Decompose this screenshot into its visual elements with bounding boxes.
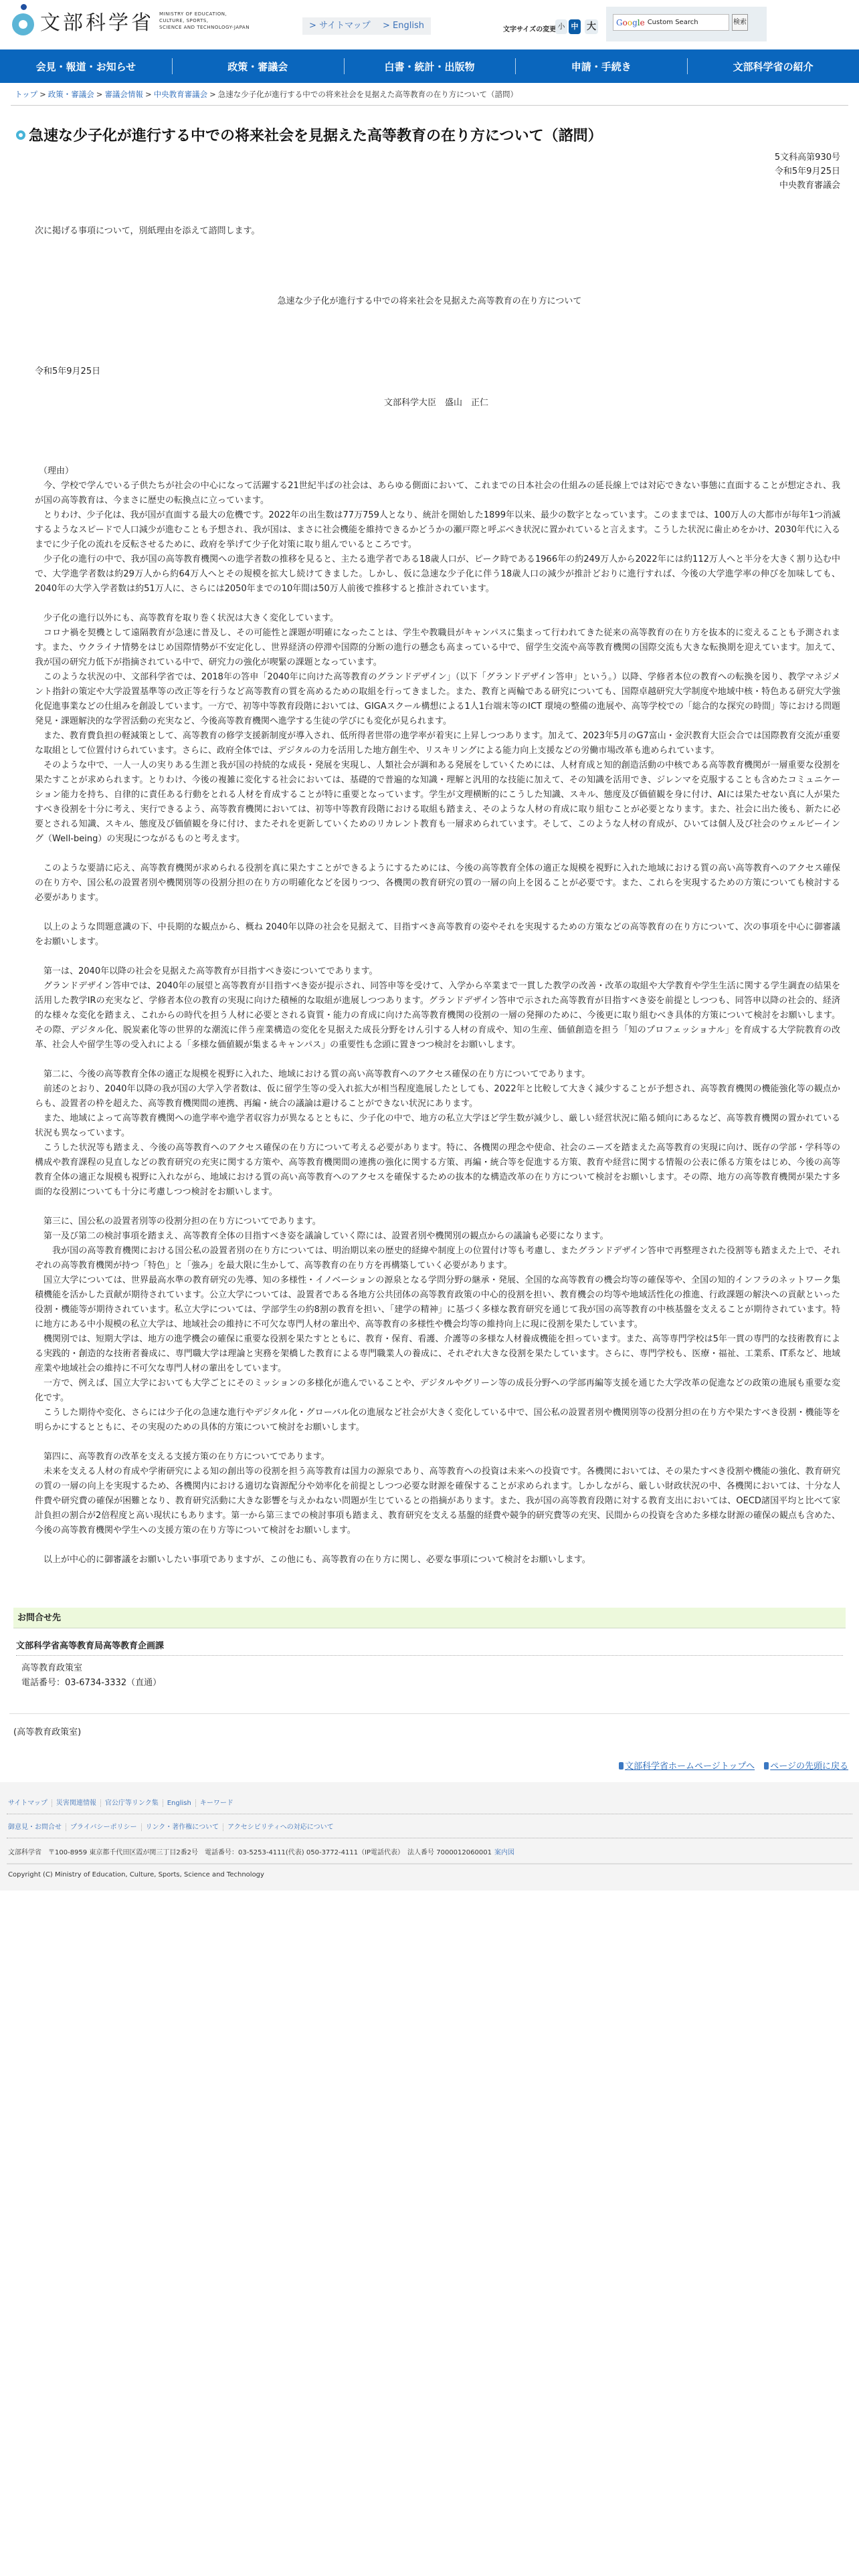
home-link[interactable]: 文部科学省ホームページトップへ — [619, 1761, 755, 1772]
footer-address: 文部科学省 〒100-8959 東京都千代田区霞が関三丁目2番2号 電話番号：0… — [7, 1845, 852, 1864]
reason-label: （理由） — [35, 464, 840, 479]
paragraph-gap — [35, 1053, 840, 1067]
body-paragraph: とりわけ、少子化は、我が国が直面する最大の危機です。2022年の出生数は77万7… — [35, 508, 840, 552]
page-title: 急速な少子化が進行する中での将来社会を見据えた高等教育の在り方について（諮問） — [16, 124, 859, 145]
department-note: (高等教育政策室) — [13, 1725, 859, 1737]
body-paragraph: 未来を支える人材の育成や学術研究による知の創出等の役割を担う高等教育は国力の源泉… — [35, 1465, 840, 1538]
body-paragraph: 一方で、例えば、国立大学においても大学ごとにそのミッションの多様化が進んでいるこ… — [35, 1376, 840, 1406]
paragraph-gap — [35, 1200, 840, 1214]
body-paragraph: 前述のとおり、2040年以降の我が国の大学入学者数は、仮に留学生等の受入れ拡大が… — [35, 1082, 840, 1111]
body-paragraph: 第一は、2040年以降の社会を見据えた高等教育が目指すべき姿についてであります。 — [35, 964, 840, 979]
paragraph-gap — [35, 950, 840, 964]
body-paragraph: 機関別では、短期大学は、地方の進学機会の確保に重要な役割を果たすとともに、教育・… — [35, 1332, 840, 1376]
site-footer: サイトマップ災害関連情報官公庁等リンク集Englishキーワード 御意見・お問合… — [0, 1782, 859, 1891]
footer-link-contact[interactable]: 御意見・お問合せ — [8, 1824, 66, 1831]
mext-emblem-icon — [12, 4, 35, 37]
font-size-medium-button[interactable]: 中 — [569, 19, 581, 34]
sitemap-link[interactable]: > サイトマップ — [302, 17, 377, 35]
footer-links-primary: サイトマップ災害関連情報官公庁等リンク集Englishキーワード — [7, 1797, 852, 1814]
paragraph-gap — [35, 1435, 840, 1450]
font-size-large-button[interactable]: 大 — [585, 19, 598, 34]
circle-bullet-icon — [16, 130, 25, 140]
signer: 文部科学大臣 盛山 正仁 — [0, 395, 859, 408]
body-paragraph: また、教育費負担の軽減策として、高等教育の修学支援新制度が導入され、低所得者世帯… — [35, 729, 840, 758]
body-paragraph: コロナ禍を契機として遠隔教育が急速に普及し、その可能性と課題が明確になったことは… — [35, 626, 840, 670]
font-size-label: 文字サイズの変更 — [503, 23, 556, 33]
inquiry-date: 令和5年9月25日 — [35, 364, 859, 377]
arrow-left-icon — [619, 1762, 624, 1769]
document-number: 5文科高第930号 — [0, 150, 840, 165]
body-paragraph: そのような中で、一人一人の実りある生涯と我が国の持続的な成長・発展を実現し、人類… — [35, 758, 840, 847]
breadcrumb-current: 急速な少子化が進行する中での将来社会を見据えた高等教育の在り方について（諮問） — [218, 90, 518, 99]
site-logo[interactable]: 文部科学省 MINISTRY OF EDUCATION, CULTURE, SP… — [12, 4, 250, 37]
back-to-top-link[interactable]: ページの先頭に戻る — [764, 1761, 848, 1772]
divider — [9, 1713, 850, 1714]
footer-link-gov-links[interactable]: 官公庁等リンク集 — [100, 1800, 163, 1807]
arrow-up-icon — [764, 1762, 769, 1769]
breadcrumb-top[interactable]: トップ — [15, 90, 37, 99]
nav-item-publications[interactable]: 白書・統計・出版物 — [344, 60, 516, 74]
body-paragraph: このような要請に応え、高等教育機関が求められる役割を真に果たすことができるように… — [35, 861, 840, 905]
contact-section: お問合せ先 文部科学省高等教育局高等教育企画課 高等教育政策室 電話番号：03-… — [13, 1608, 846, 1691]
footer-links-secondary: 御意見・お問合せプライバシーポリシーリンク・著作権についてアクセシビリティへの対… — [7, 1821, 852, 1838]
paragraph-gap — [35, 1538, 840, 1553]
intro-text: 次に掲げる事項について，別紙理由を添えて諮問します。 — [35, 223, 859, 236]
copyright: Copyright (C) Ministry of Education, Cul… — [8, 1871, 851, 1879]
nav-item-policy[interactable]: 政策・審議会 — [172, 60, 344, 74]
body-paragraph: こうした状況等も踏まえ、今後の高等教育へのアクセス確保の在り方について考える必要… — [35, 1141, 840, 1200]
footer-link-accessibility[interactable]: アクセシビリティへの対応について — [223, 1824, 338, 1831]
body-paragraph: グランドデザイン答申では、2040年の展望と高等教育が目指すべき姿が提示され、同… — [35, 979, 840, 1053]
page-links: 文部科学省ホームページトップへ ページの先頭に戻る — [0, 1759, 848, 1772]
body-paragraph: こうした期待や変化、さらには少子化の急速な進行やデジタル化・グローバル化の進展な… — [35, 1406, 840, 1435]
page-title-text: 急速な少子化が進行する中での将来社会を見据えた高等教育の在り方について（諮問） — [29, 124, 603, 145]
body-paragraph: また、地域によって高等教育機関への進学率や進学者収容力が異なるとともに、少子化の… — [35, 1111, 840, 1141]
search-input[interactable]: Google Custom Search — [613, 14, 729, 31]
paragraph-gap — [35, 847, 840, 861]
contact-phone: 電話番号：03-6734-3332（直通） — [21, 1676, 846, 1691]
document-date: 令和5年9月25日 — [0, 165, 840, 179]
breadcrumb-policy[interactable]: 政策・審議会 — [48, 90, 94, 99]
body-paragraph: 少子化の進行以外にも、高等教育を取り巻く状況は大きく変化しています。 — [35, 611, 840, 626]
contact-office: 高等教育政策室 — [21, 1661, 846, 1676]
footer-link-keyword[interactable]: キーワード — [195, 1800, 237, 1807]
site-header: 文部科学省 MINISTRY OF EDUCATION, CULTURE, SP… — [0, 0, 859, 49]
body-paragraph: 我が国の高等教育機関における国公私の設置者別の在り方については、明治期以来の歴史… — [35, 1244, 840, 1273]
footer-link-privacy[interactable]: プライバシーポリシー — [66, 1824, 141, 1831]
breadcrumb: トップ>政策・審議会>審議会情報>中央教育審議会>急速な少子化が進行する中での将… — [11, 83, 848, 106]
breadcrumb-councils[interactable]: 審議会情報 — [104, 90, 143, 99]
nav-item-applications[interactable]: 申請・手続き — [515, 60, 687, 74]
search-button[interactable]: 検索 — [732, 14, 748, 31]
body-paragraph: 以上のような問題意識の下、中長期的な観点から、概ね 2040年以降の社会を見据え… — [35, 920, 840, 950]
inquiry-subject: 急速な少子化が進行する中での将来社会を見据えた高等教育の在り方について — [0, 294, 859, 306]
document-recipient: 中央教育審議会 — [0, 179, 840, 193]
body-paragraph: 第一及び第二の検討事項を踏まえ、高等教育全体の目指すべき姿を議論していく際には、… — [35, 1229, 840, 1244]
body-paragraph: 少子化の進行の中で、我が国の高等教育機関への進学者数の推移を見ると、主たる進学者… — [35, 552, 840, 597]
contact-organization: 文部科学省高等教育局高等教育企画課 — [16, 1638, 843, 1656]
font-size-small-button[interactable]: 小 — [555, 19, 567, 34]
reason-body: （理由） 今、学校で学んでいる子供たちが社会の中心になって活躍する21世紀半ばの… — [35, 464, 840, 1568]
body-paragraph: 今、学校で学んでいる子供たちが社会の中心になって活躍する21世紀半ばの社会は、あ… — [35, 479, 840, 508]
search-placeholder: Custom Search — [648, 19, 698, 26]
english-link[interactable]: > English — [376, 17, 431, 35]
logo-english-text: MINISTRY OF EDUCATION, CULTURE, SPORTS, … — [159, 11, 250, 31]
footer-link-english[interactable]: English — [163, 1800, 195, 1807]
body-paragraph: 第三に、国公私の設置者別等の役割分担の在り方についてであります。 — [35, 1214, 840, 1229]
logo-japanese-text: 文部科学省 — [40, 6, 154, 35]
google-logo-icon: Google — [616, 18, 645, 27]
global-nav: 会見・報道・お知らせ 政策・審議会 白書・統計・出版物 申請・手続き 文部科学省… — [0, 49, 859, 83]
footer-link-disaster[interactable]: 災害関連情報 — [52, 1800, 100, 1807]
document-meta: 5文科高第930号 令和5年9月25日 中央教育審議会 — [0, 150, 840, 193]
nav-item-press[interactable]: 会見・報道・お知らせ — [0, 60, 172, 74]
footer-map-link[interactable]: 案内図 — [494, 1849, 514, 1856]
breadcrumb-central-council[interactable]: 中央教育審議会 — [154, 90, 208, 99]
contact-heading: お問合せ先 — [13, 1608, 846, 1628]
search-box: Google Custom Search 検索 — [606, 7, 767, 41]
body-paragraph: 以上が中心的に御審議をお願いしたい事項でありますが、この他にも、高等教育の在り方… — [35, 1553, 840, 1568]
body-paragraph: このような状況の中、文部科学省では、2018年の答申「2040年に向けた高等教育… — [35, 670, 840, 729]
body-paragraph: 第二に、今後の高等教育全体の適正な規模を視野に入れた、地域における質の高い高等教… — [35, 1067, 840, 1082]
paragraph-gap — [35, 597, 840, 611]
nav-item-about[interactable]: 文部科学省の紹介 — [687, 60, 859, 74]
body-paragraph: 国立大学については、世界最高水準の教育研究の先導、知の多様性・イノベーションの源… — [35, 1273, 840, 1332]
footer-link-sitemap[interactable]: サイトマップ — [8, 1800, 52, 1807]
body-paragraph: 第四に、高等教育の改革を支える支援方策の在り方についてであります。 — [35, 1450, 840, 1465]
footer-link-copyright[interactable]: リンク・著作権について — [141, 1824, 223, 1831]
paragraph-gap — [35, 905, 840, 920]
